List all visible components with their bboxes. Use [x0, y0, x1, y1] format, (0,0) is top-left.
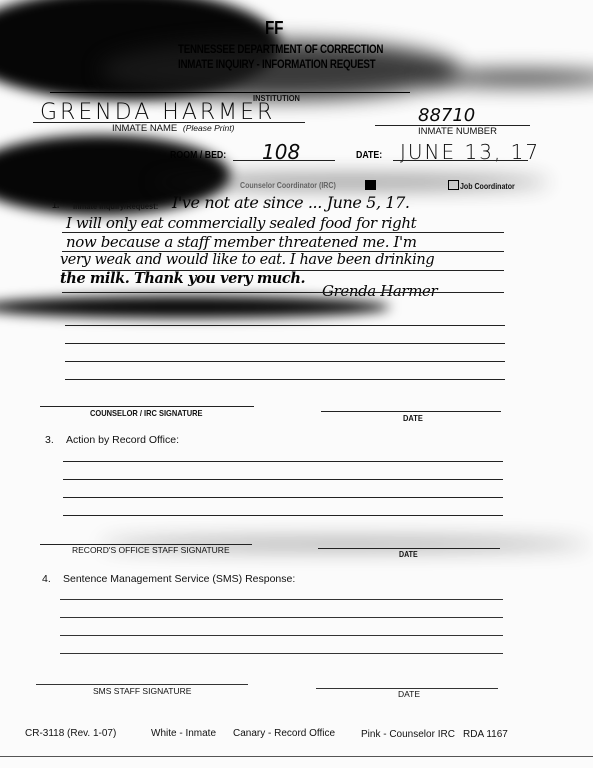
sms-rule-3 — [60, 635, 503, 636]
page-bottom-edge — [0, 756, 593, 757]
counselor-date-label: DATE — [403, 413, 423, 423]
inmate-name-hint: (Please Print) — [183, 123, 235, 133]
inmate-number-value[interactable]: 88710 — [418, 105, 475, 126]
record-rule-1 — [63, 461, 503, 462]
copy-canary: Canary - Record Office — [233, 728, 335, 739]
rda-number: RDA 1167 — [463, 729, 508, 740]
copy-pink: Pink - Counselor IRC — [361, 729, 455, 740]
counselor-signature-line — [40, 406, 254, 407]
counselor-rule-1 — [65, 325, 505, 326]
sms-signature-line — [36, 684, 248, 685]
record-signature-label: RECORD'S OFFICE STAFF SIGNATURE — [72, 545, 230, 555]
sms-rule-2 — [60, 617, 503, 618]
record-rule-3 — [63, 497, 503, 498]
sms-rule-1 — [60, 599, 503, 600]
inquiry-rule-4 — [62, 292, 504, 293]
sms-signature-label: SMS STAFF SIGNATURE — [93, 686, 191, 696]
section4-number: 4. — [42, 573, 51, 585]
form-title: INMATE INQUIRY - INFORMATION REQUEST — [178, 59, 375, 71]
section4-title: Sentence Management Service (SMS) Respon… — [63, 573, 295, 585]
section3-number: 3. — [45, 434, 54, 446]
counselor-checkbox[interactable] — [365, 180, 376, 190]
counselor-date-line — [321, 411, 501, 412]
inmate-signature[interactable]: Grenda Harmer — [322, 282, 437, 300]
inquiry-line-3[interactable]: now because a staff member threatened me… — [66, 233, 417, 251]
section1-label: Inmate Inquiry/Request: — [73, 201, 158, 211]
counselor-rule-3 — [65, 361, 505, 362]
room-bed-label: ROOM / BED: — [170, 150, 226, 161]
date-line — [393, 160, 528, 161]
counselor-rule-4 — [65, 379, 505, 380]
record-date-label: DATE — [399, 550, 418, 559]
copy-white: White - Inmate — [151, 728, 216, 739]
room-bed-line — [233, 160, 335, 161]
inmate-name-label-text: INMATE NAME — [112, 123, 177, 134]
sms-rule-4 — [60, 653, 503, 654]
inmate-name-label: INMATE NAME (Please Print) — [112, 123, 234, 134]
scan-smudge-right-streak — [420, 70, 593, 86]
inquiry-line-5[interactable]: the milk. Thank you very much. — [60, 270, 305, 287]
record-rule-4 — [63, 515, 503, 516]
job-coordinator-option-label: Job Coordinator — [460, 182, 515, 191]
inquiry-line-4[interactable]: very weak and would like to eat. I have … — [60, 252, 434, 268]
inmate-number-label: INMATE NUMBER — [418, 126, 497, 137]
sms-date-label: DATE — [398, 689, 420, 699]
form-number: CR-3118 (Rev. 1-07) — [25, 728, 116, 739]
section1-number: 1. — [52, 200, 59, 211]
counselor-signature-label: COUNSELOR / IRC SIGNATURE — [90, 408, 202, 418]
date-label: DATE: — [356, 150, 382, 161]
inquiry-line-2[interactable]: I will only eat commercially sealed food… — [66, 214, 416, 232]
counselor-option-label: Counselor Coordinator (IRC) — [240, 181, 336, 190]
institution-line — [50, 92, 410, 93]
record-date-line — [318, 548, 500, 549]
header-fragment: FF — [265, 18, 283, 39]
job-coordinator-checkbox[interactable] — [448, 180, 459, 190]
department-title: TENNESSEE DEPARTMENT OF CORRECTION — [178, 44, 383, 56]
inquiry-line-1[interactable]: I've not ate since ... June 5, 17. — [172, 193, 410, 212]
section3-title: Action by Record Office: — [66, 434, 179, 446]
record-rule-2 — [63, 479, 503, 480]
counselor-rule-2 — [65, 343, 505, 344]
